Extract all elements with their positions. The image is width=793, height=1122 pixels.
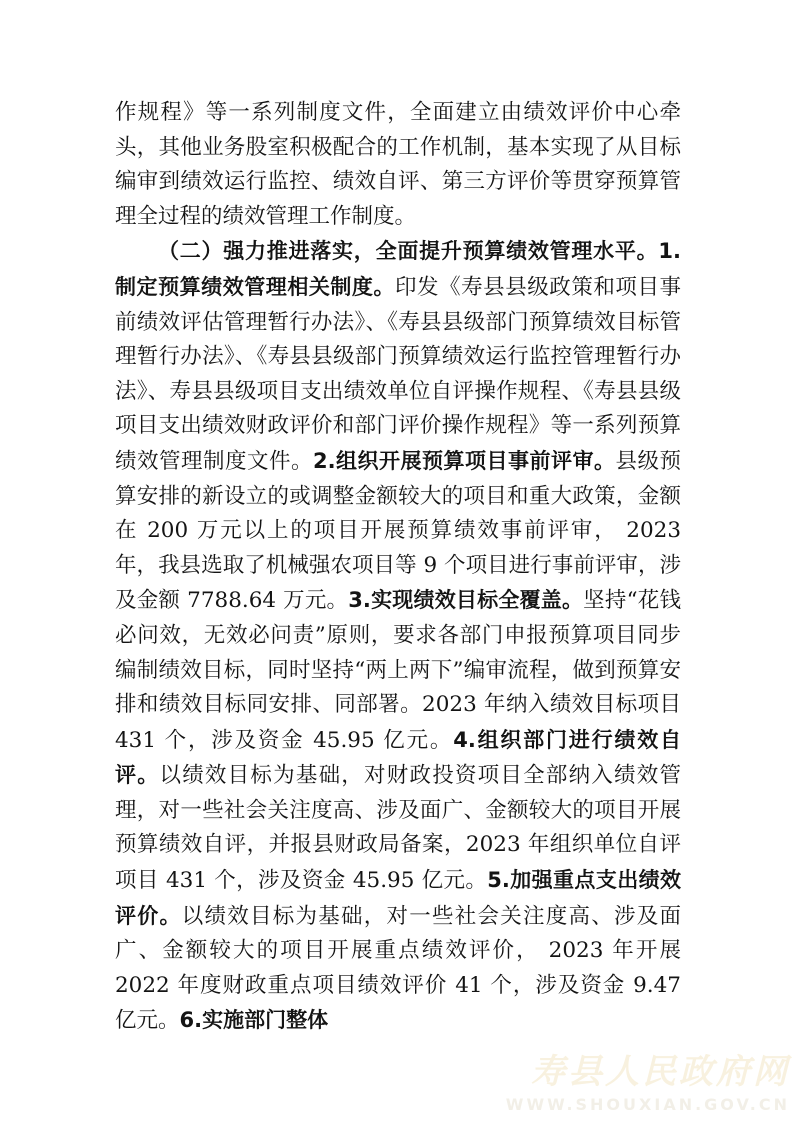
- paragraph: （二）强力推进落实，全面提升预算绩效管理水平。1.制定预算绩效管理相关制度。印发…: [115, 234, 681, 1039]
- document-page: 作规程》等一系列制度文件，全面建立由绩效评价中心牵头，其他业务股室积极配合的工作…: [0, 0, 793, 1122]
- site-watermark: 寿县人民政府网 WWW.SHOUXIAN.GOV.CN: [506, 1044, 790, 1114]
- text-run-bold: 3.实现绩效目标全覆盖。: [348, 588, 583, 612]
- paragraph: 作规程》等一系列制度文件，全面建立由绩效评价中心牵头，其他业务股室积极配合的工作…: [115, 96, 681, 234]
- watermark-site-name: 寿县人民政府网: [506, 1044, 790, 1093]
- document-text-body: 作规程》等一系列制度文件，全面建立由绩效评价中心牵头，其他业务股室积极配合的工作…: [115, 96, 681, 1039]
- text-run: 印发《寿县县级政策和项目事前绩效评估管理暂行办法》、《寿县县级部门预算绩效目标管…: [115, 275, 681, 474]
- watermark-site-url: WWW.SHOUXIAN.GOV.CN: [506, 1095, 790, 1114]
- text-run-bold: 2.组织开展预算项目事前评审。: [313, 449, 616, 473]
- text-run: 作规程》等一系列制度文件，全面建立由绩效评价中心牵头，其他业务股室积极配合的工作…: [115, 100, 681, 229]
- text-run-bold: 6.实施部门整体: [180, 1008, 329, 1032]
